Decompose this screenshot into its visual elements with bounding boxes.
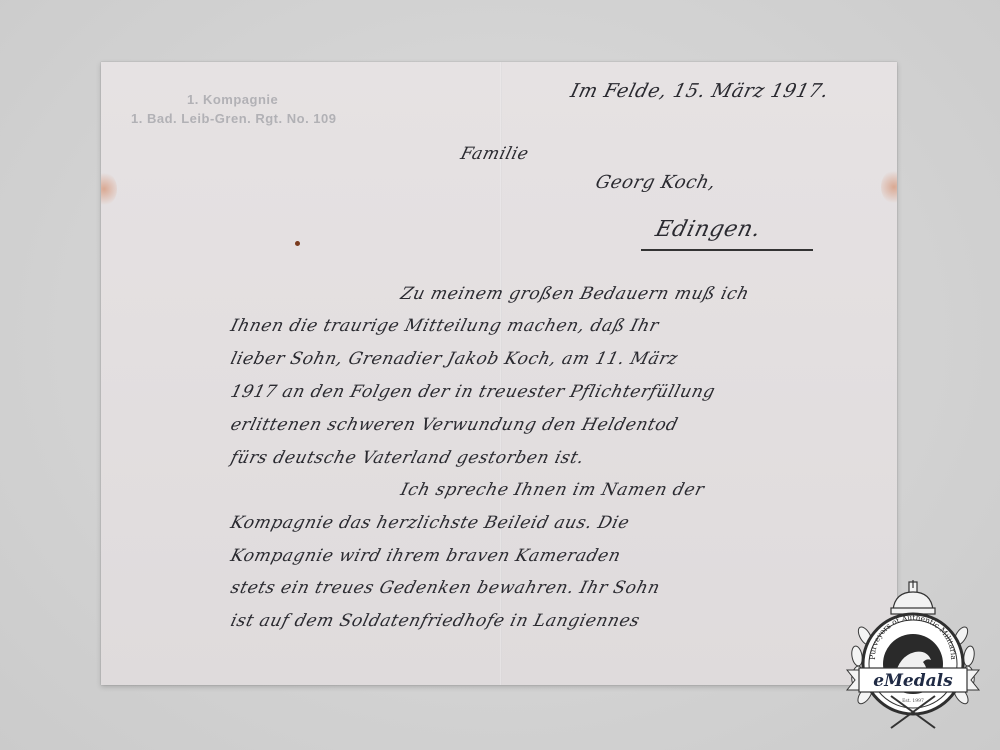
emedals-watermark-logo: Purveyors of Authentic Militaria eMedals… bbox=[843, 578, 983, 738]
body-line: 1917 an den Folgen der in treuester Pfli… bbox=[229, 382, 718, 402]
body-line: erlittenen schweren Verwundung den Helde… bbox=[229, 415, 681, 435]
recipient-name: Georg Koch, bbox=[593, 172, 718, 193]
company-stamp: 1. Kompagnie 1. Bad. Leib-Gren. Rgt. No.… bbox=[131, 90, 336, 128]
body-line: Ihnen die traurige Mitteilung machen, da… bbox=[229, 316, 661, 336]
recipient-salutation: Familie bbox=[459, 144, 531, 164]
recipient-city: Edingen. bbox=[653, 217, 764, 242]
dateline: Im Felde, 15. März 1917. bbox=[568, 80, 831, 102]
body-line: Kompagnie wird ihrem braven Kameraden bbox=[229, 546, 623, 566]
rust-stain-left bbox=[101, 172, 117, 206]
rust-stain-right bbox=[881, 170, 897, 204]
body-line: Ich spreche Ihnen im Namen der bbox=[399, 480, 707, 500]
body-line: ist auf dem Soldatenfriedhofe in Langien… bbox=[229, 611, 643, 631]
body-line: Zu meinem großen Bedauern muß ich bbox=[399, 284, 752, 304]
body-line: Kompagnie das herzlichste Beileid aus. D… bbox=[229, 513, 632, 533]
svg-text:Est. 1997: Est. 1997 bbox=[902, 698, 924, 704]
body-line: lieber Sohn, Grenadier Jakob Koch, am 11… bbox=[229, 349, 681, 369]
body-line: stets ein treues Gedenken bewahren. Ihr … bbox=[229, 578, 663, 598]
ink-spot bbox=[295, 241, 300, 246]
stamp-line-1: 1. Kompagnie bbox=[131, 90, 336, 109]
stamp-line-2: 1. Bad. Leib-Gren. Rgt. No. 109 bbox=[131, 109, 336, 128]
svg-text:eMedals: eMedals bbox=[873, 671, 953, 691]
letter-paper: 1. Kompagnie 1. Bad. Leib-Gren. Rgt. No.… bbox=[101, 62, 897, 685]
body-line: fürs deutsche Vaterland gestorben ist. bbox=[229, 448, 587, 468]
emedals-crest-icon: Purveyors of Authentic Militaria eMedals… bbox=[843, 578, 983, 738]
city-underline bbox=[641, 249, 813, 251]
